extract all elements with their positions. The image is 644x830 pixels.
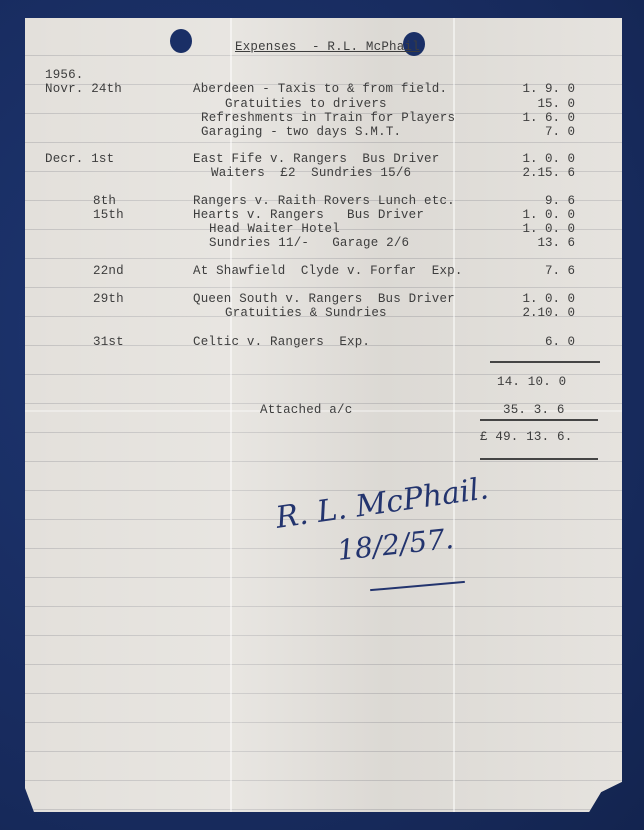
entry-date: 15th [93, 208, 124, 222]
entry-amount: 1. 0. 0 [475, 152, 575, 166]
entry-desc: Gratuities to drivers [225, 97, 387, 111]
entry-date: 31st [93, 335, 124, 349]
entry-desc: Refreshments in Train for Players [201, 111, 455, 125]
document-title: Expenses - R.L. McPhail [235, 40, 420, 54]
entry-amount: 2.15. 6 [475, 166, 575, 180]
entry-amount: 1. 9. 0 [475, 82, 575, 96]
signature: R. L. McPhail. [274, 471, 491, 535]
entry-amount: 7. 0 [475, 125, 575, 139]
entry-desc: Rangers v. Raith Rovers Lunch etc. [193, 194, 455, 208]
entry-amount: 1. 6. 0 [475, 111, 575, 125]
entry-desc: Waiters £2 Sundries 15/6 [211, 166, 411, 180]
entry-amount: 13. 6 [475, 236, 575, 250]
entry-date: 8th [93, 194, 116, 208]
punch-hole [170, 29, 192, 53]
entry-desc: Celtic v. Rangers Exp. [193, 335, 370, 349]
entry-date: Decr. 1st [45, 152, 114, 166]
entry-amount: 1. 0. 0 [475, 208, 575, 222]
entry-desc: Head Waiter Hotel [209, 222, 340, 236]
grand-total: £ 49. 13. 6. [480, 430, 572, 444]
entry-amount: 15. 0 [475, 97, 575, 111]
attached-amount: 35. 3. 6 [503, 403, 565, 417]
subtotal-amount: 14. 10. 0 [497, 375, 566, 389]
total-rule [480, 458, 598, 460]
signature-underline [370, 581, 465, 591]
entry-desc: Queen South v. Rangers Bus Driver [193, 292, 455, 306]
entry-desc: Aberdeen - Taxis to & from field. [193, 82, 447, 96]
entry-date: 22nd [93, 264, 124, 278]
entry-amount: 9. 6 [475, 194, 575, 208]
entry-date: Novr. 24th [45, 82, 122, 96]
fold-crease [453, 18, 455, 812]
entry-desc: Hearts v. Rangers Bus Driver [193, 208, 424, 222]
year-label: 1956. [45, 68, 84, 82]
total-rule [490, 361, 600, 363]
entry-desc: Garaging - two days S.M.T. [201, 125, 401, 139]
entry-amount: 6. 0 [475, 335, 575, 349]
entry-amount: 1. 0. 0 [475, 222, 575, 236]
signature-date: 18/2/57. [336, 522, 456, 567]
total-rule [480, 419, 598, 421]
entry-amount: 7. 6 [475, 264, 575, 278]
entry-desc: At Shawfield Clyde v. Forfar Exp. [193, 264, 463, 278]
entry-desc: East Fife v. Rangers Bus Driver [193, 152, 439, 166]
entry-date: 29th [93, 292, 124, 306]
attached-label: Attached a/c [260, 403, 352, 417]
entry-desc: Gratuities & Sundries [225, 306, 387, 320]
entry-amount: 1. 0. 0 [475, 292, 575, 306]
entry-desc: Sundries 11/- Garage 2/6 [209, 236, 409, 250]
entry-amount: 2.10. 0 [475, 306, 575, 320]
expense-sheet: Expenses - R.L. McPhail 1956. Novr. 24th… [25, 18, 622, 812]
